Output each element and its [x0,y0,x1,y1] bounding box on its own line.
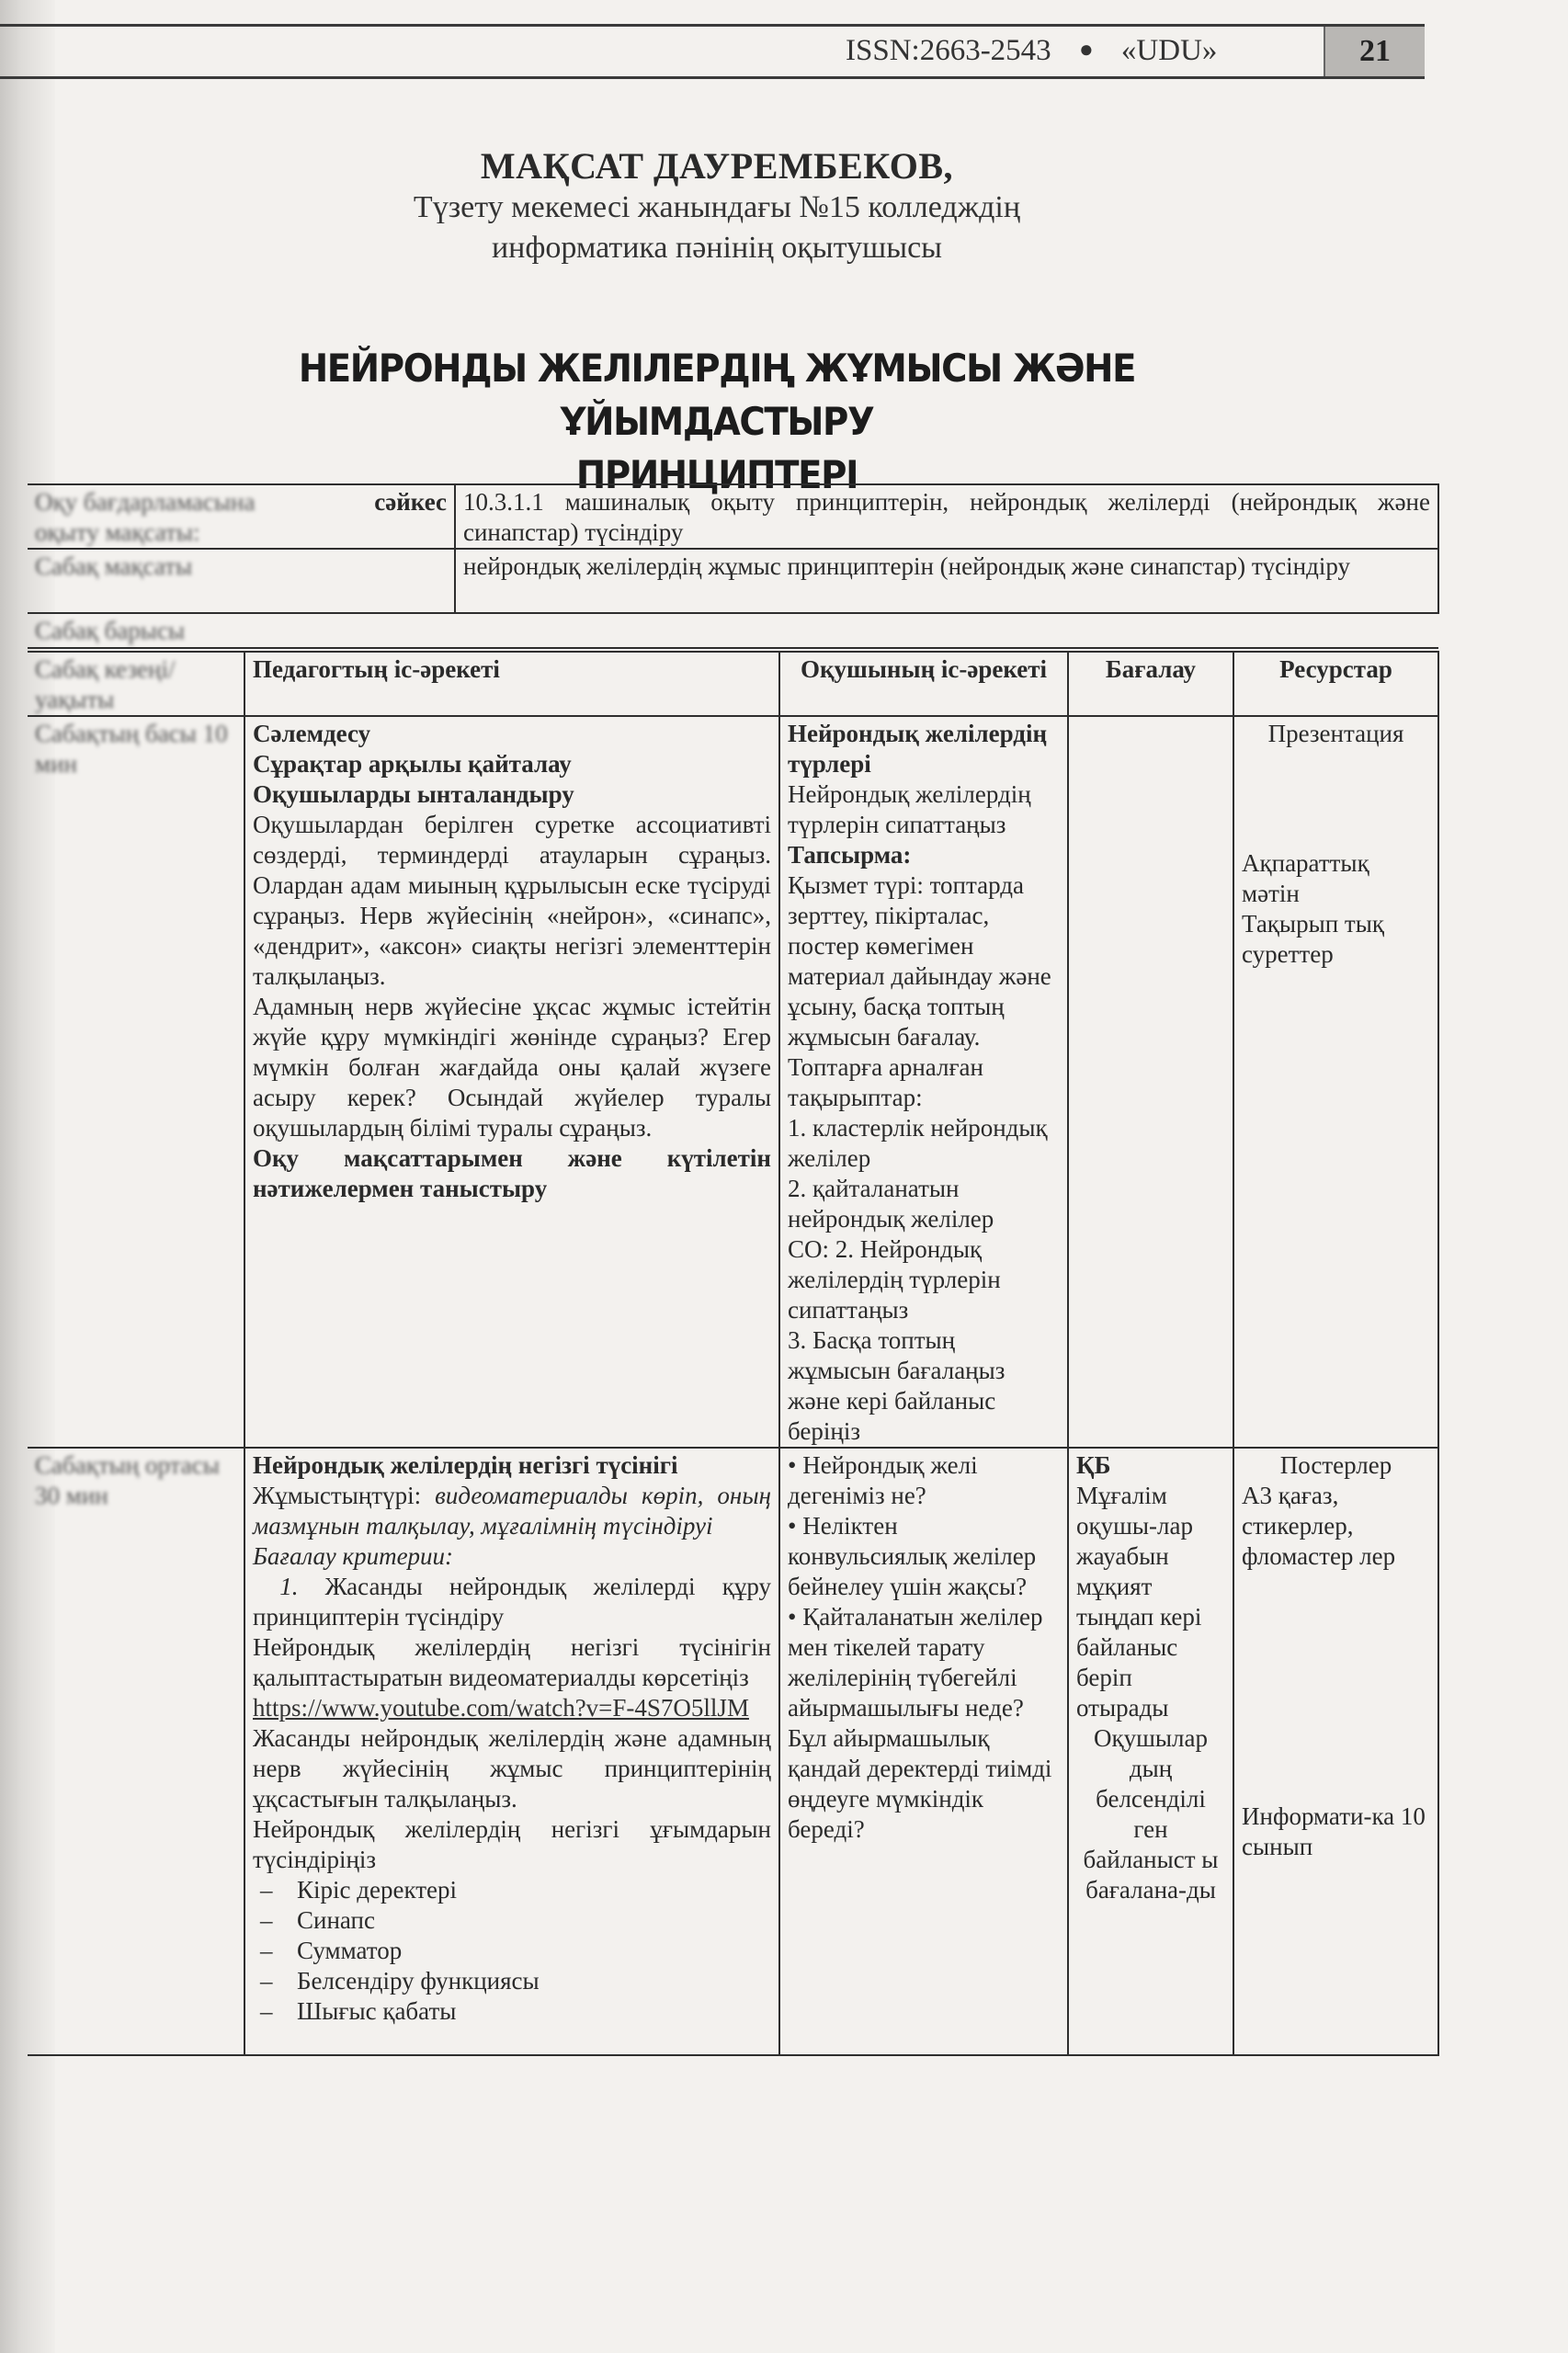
student-activity-cell: • Нейрондық желі дегеніміз не? • Нелікте… [779,1448,1068,2055]
table-row: Сабақ мақсаты нейрондық желілердің жұмыс… [28,549,1438,613]
student-activity-cell: Нейрондық желілердің түрлері Нейрондық ж… [779,716,1068,1448]
list-item: –Кіріс деректері [253,1875,771,1905]
header-stage: Сабақ кезеңі/ уақыты [28,652,244,716]
lesson-goal-label: Сабақ мақсаты [28,549,455,613]
article-title-line-1: НЕЙРОНДЫ ЖЕЛІЛЕРДІҢ ЖҰМЫСЫ ЖӘНЕ ҰЙЫМДАСТ… [184,342,1249,449]
stage-cell: Сабақтың басы 10 мин [28,716,244,1448]
teacher-activity-cell: Сәлемдесу Сұрақтар арқылы қайталау Оқушы… [244,716,779,1448]
table-row: Оқу бағдарламасына сәйкес оқыту мақсаты:… [28,484,1438,549]
list-item: –Синапс [253,1905,771,1936]
list-item: –Сумматор [253,1936,771,1966]
header-text: ISSN:2663-2543 ● «UDU» [846,34,1217,68]
author-block: МАҚСАТ ДАУРЕМБЕКОВ, Түзету мекемесі жаны… [0,145,1434,268]
stage-cell: Сабақтың ортасы 30 мин [28,1448,244,2055]
author-affiliation-1: Түзету мекемесі жанындағы №15 колледждің [0,188,1434,228]
teacher-activity-cell: Нейрондық желілердің негізгі түсінігі Жұ… [244,1448,779,2055]
header-student: Оқушының іс-әрекеті [779,652,1068,716]
author-name: МАҚСАТ ДАУРЕМБЕКОВ, [0,145,1434,188]
list-item: –Шығыс қабаты [253,1996,771,2027]
video-link[interactable]: https://www.youtube.com/watch?v=F-4S7O5l… [253,1694,749,1722]
list-item: –Белсендіру функциясы [253,1966,771,1996]
table-header-row: Сабақ кезеңі/ уақыты Педагогтың іс-әреке… [28,652,1438,716]
table-row: Сабақ барысы [28,613,1438,648]
table-row: Сабақтың ортасы 30 мин Нейрондық желілер… [28,1448,1438,2055]
lesson-goal-value: нейрондық желілердің жұмыс принциптерін … [455,549,1438,613]
bullet-icon: ● [1079,36,1094,63]
header-resources: Ресурстар [1233,652,1438,716]
objectives-table: Оқу бағдарламасына сәйкес оқыту мақсаты:… [28,483,1439,649]
author-affiliation-2: информатика пәнінің оқытушысы [0,228,1434,268]
assessment-cell: ҚБ Мұғалім оқушы-лар жауабын мұқият тыңд… [1068,1448,1233,2055]
article-title: НЕЙРОНДЫ ЖЕЛІЛЕРДІҢ ЖҰМЫСЫ ЖӘНЕ ҰЙЫМДАСТ… [184,342,1249,502]
assessment-cell [1068,716,1233,1448]
program-objective-label: Оқу бағдарламасына сәйкес оқыту мақсаты: [28,484,455,549]
running-header: ISSN:2663-2543 ● «UDU» 21 [0,24,1425,79]
journal-page: ISSN:2663-2543 ● «UDU» 21 МАҚСАТ ДАУРЕМБ… [0,0,1568,2353]
program-objective-value: 10.3.1.1 машиналық оқыту принциптерін, н… [455,484,1438,549]
header-assessment: Бағалау [1068,652,1233,716]
lesson-plan-table: Сабақ кезеңі/ уақыты Педагогтың іс-әреке… [28,651,1439,2056]
lesson-flow-label: Сабақ барысы [28,613,1438,648]
page-number: 21 [1324,27,1425,76]
journal-name: «UDU» [1121,34,1218,67]
issn: ISSN:2663-2543 [846,34,1051,67]
header-teacher: Педагогтың іс-әрекеті [244,652,779,716]
table-row: Сабақтың басы 10 мин Сәлемдесу Сұрақтар … [28,716,1438,1448]
resources-cell: Презентация Ақпараттық мәтін Тақырып тық… [1233,716,1438,1448]
resources-cell: Постерлер А3 қағаз, стикерлер, фломастер… [1233,1448,1438,2055]
